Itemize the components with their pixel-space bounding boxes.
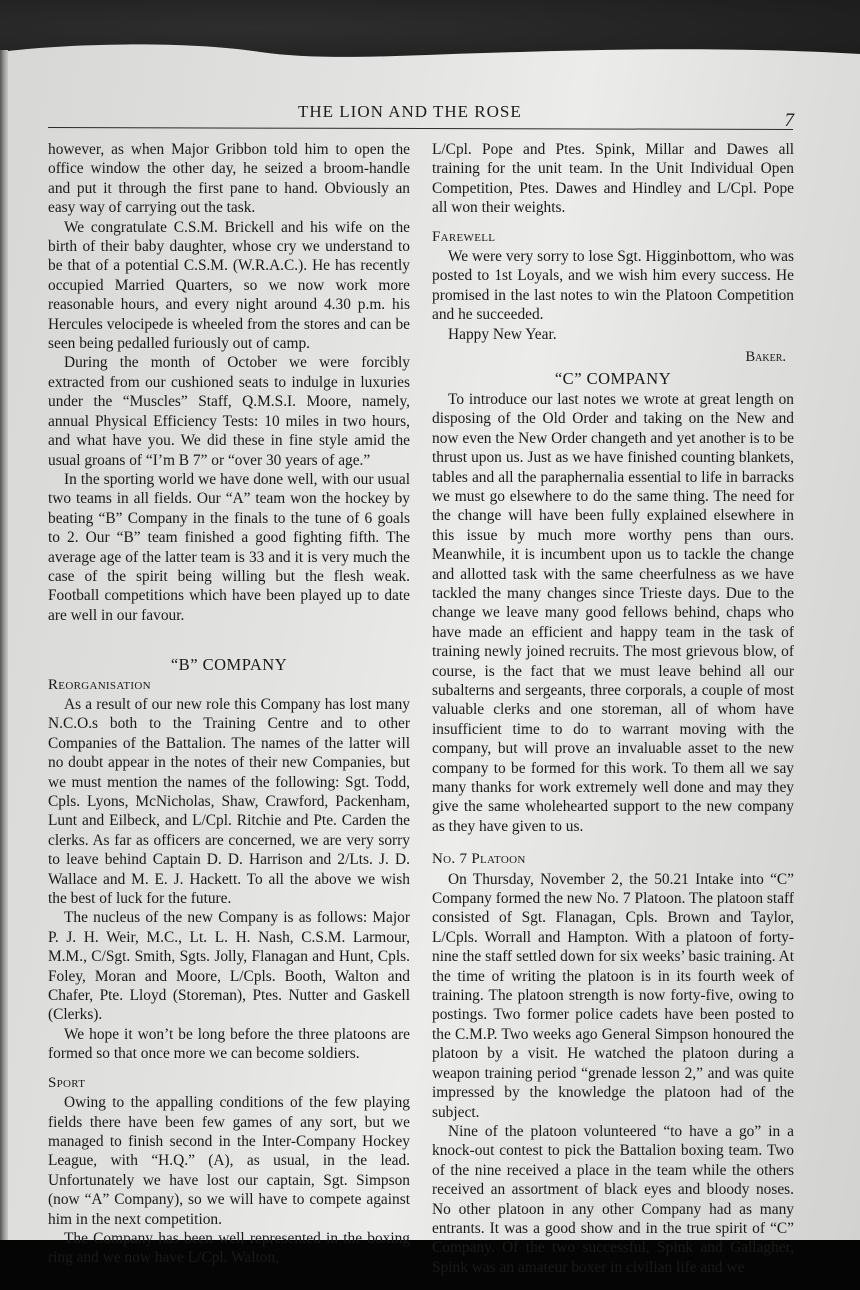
subheading-no-7-platoon: No. 7 Platoon	[432, 850, 794, 869]
paragraph: The nucleus of the new Company is as fol…	[48, 908, 410, 1024]
author-signature: Baker.	[432, 348, 786, 367]
subheading-sport: Sport	[48, 1074, 410, 1093]
paragraph: We congratulate C.S.M. Brickell and his …	[48, 218, 410, 354]
paragraph: L/Cpl. Pope and Ptes. Spink, Millar and …	[432, 140, 794, 218]
paragraph: As a result of our new role this Company…	[48, 695, 410, 908]
right-column: L/Cpl. Pope and Ptes. Spink, Millar and …	[432, 140, 794, 1277]
paragraph: To introduce our last notes we wrote at …	[432, 390, 794, 836]
subheading-reorganisation: Reorganisation	[48, 676, 410, 695]
running-header: THE LION AND THE ROSE 7	[48, 102, 794, 132]
subheading-farewell: Farewell	[432, 228, 794, 247]
paragraph: however, as when Major Gribbon told him …	[48, 140, 410, 218]
paragraph: Owing to the appalling conditions of the…	[48, 1093, 410, 1229]
publication-title: THE LION AND THE ROSE	[298, 102, 522, 122]
section-title-b-company: “B” COMPANY	[48, 655, 410, 674]
page-binding-edge	[0, 50, 8, 1240]
section-title-c-company: “C” COMPANY	[432, 369, 794, 388]
spacer	[432, 836, 794, 850]
paragraph: During the month of October we were forc…	[48, 353, 410, 469]
spacer	[48, 1064, 410, 1074]
spacer	[432, 218, 794, 228]
spacer	[48, 625, 410, 639]
paragraph: The Company has been well represented in…	[48, 1229, 410, 1268]
paragraph: Nine of the platoon volunteered “to have…	[432, 1122, 794, 1277]
left-column: however, as when Major Gribbon told him …	[48, 140, 410, 1268]
paragraph: In the sporting world we have done well,…	[48, 470, 410, 625]
paragraph: We were very sorry to lose Sgt. Higginbo…	[432, 247, 794, 325]
header-rule	[48, 127, 793, 130]
paragraph: We hope it won’t be long before the thre…	[48, 1025, 410, 1064]
paragraph: Happy New Year.	[432, 325, 794, 344]
paragraph: On Thursday, November 2, the 50.21 Intak…	[432, 870, 794, 1122]
